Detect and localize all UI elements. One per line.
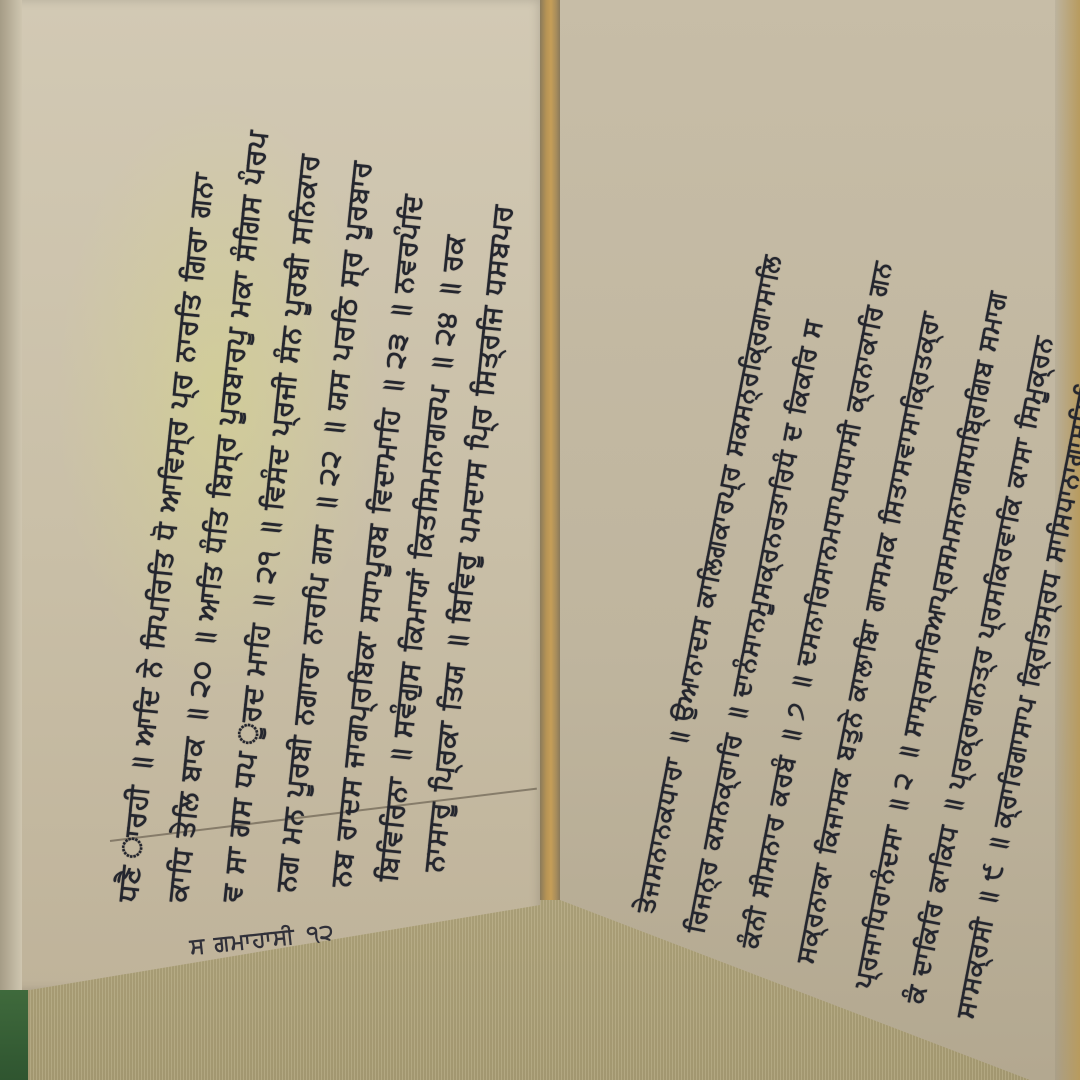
manuscript-photo: ਧਣੈ ਾਰਹੀ ॥ ਆਦਿ ਨੇ ਸਿਪਰਿਤਿ ਧੋ ਆਵਿਸ੍ਰ ਪ੍ਰ …	[0, 0, 1080, 1080]
green-cloth-corner	[0, 990, 28, 1080]
left-page-edge	[0, 0, 22, 990]
folio-number: ੧੨	[306, 920, 336, 948]
book-spine	[540, 0, 562, 900]
